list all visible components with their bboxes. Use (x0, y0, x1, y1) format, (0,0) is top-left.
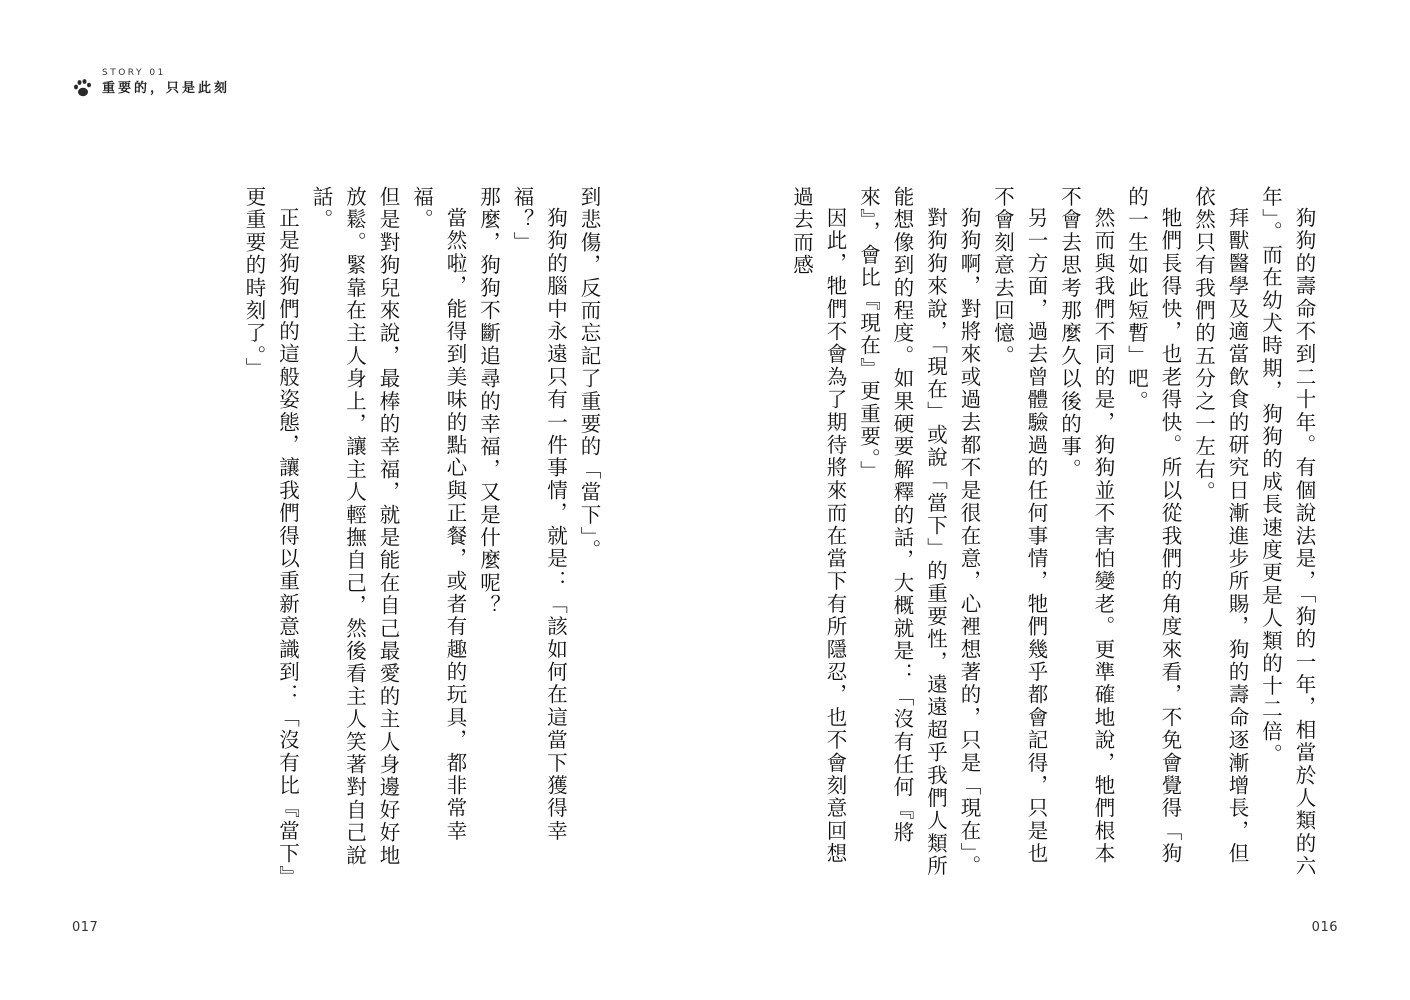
paragraph: 狗狗啊，對將來或過去都不是很在意，心裡想著的，只是「現在」。 (952, 186, 986, 886)
paragraph: 因此，牠們不會為了期待將來而在當下有所隱忍，也不會刻意回想過去而感 (784, 186, 851, 886)
right-page: 狗狗的壽命不到二十年。有個說法是，「狗的一年，相當於人類的六年」。而在幼犬時期，… (705, 0, 1410, 1000)
paragraph: 對狗狗來說，「現在」或說「當下」的重要性，遠遠超乎我們人類所能想像到的程度。如果… (851, 186, 952, 886)
book-spread: STORY 01 重要的，只是此刻 到悲傷，反而忘記了重要的「當下」。 狗狗的腦… (0, 0, 1410, 1000)
story-label: STORY 01 (102, 67, 230, 79)
page-number: 017 (72, 920, 98, 935)
paragraph: 當然啦，能得到美味的點心與正餐，或者有趣的玩具，都非常幸福。 (404, 186, 471, 886)
paragraph: 但是對狗兒來說，最棒的幸福，就是能在自己最愛的主人身邊好好地放鬆。緊靠在主人身上… (304, 186, 405, 886)
right-page-body: 狗狗的壽命不到二十年。有個說法是，「狗的一年，相當於人類的六年」。而在幼犬時期，… (784, 186, 1320, 886)
paragraph: 拜獸醫學及適當飲食的研究日漸進步所賜，狗的壽命逐漸增長，但依然只有我們的五分之一… (1186, 186, 1253, 886)
paragraph: 那麼，狗狗不斷追尋的幸福，又是什麼呢？ (471, 186, 505, 886)
chapter-title: 重要的，只是此刻 (102, 79, 230, 99)
paragraph: 狗狗的腦中永遠只有一件事情，就是：「該如何在這當下獲得幸福？」 (505, 186, 572, 886)
left-page-body: 到悲傷，反而忘記了重要的「當下」。 狗狗的腦中永遠只有一件事情，就是：「該如何在… (237, 186, 606, 886)
paragraph: 然而與我們不同的是，狗狗並不害怕變老。更準確地說，牠們根本不會去思考那麼久以後的… (1052, 186, 1119, 886)
paragraph: 狗狗的壽命不到二十年。有個說法是，「狗的一年，相當於人類的六年」。而在幼犬時期，… (1253, 186, 1320, 886)
page-number: 016 (1312, 920, 1338, 935)
left-page: STORY 01 重要的，只是此刻 到悲傷，反而忘記了重要的「當下」。 狗狗的腦… (0, 0, 705, 1000)
paragraph: 牠們長得快，也老得快。所以從我們的角度來看，不免會覺得「狗的一生如此短暫」吧。 (1119, 186, 1186, 886)
paragraph: 另一方面，過去曾體驗過的任何事情，牠們幾乎都會記得，只是也不會刻意去回憶。 (985, 186, 1052, 886)
paw-icon (70, 76, 94, 100)
running-header: STORY 01 重要的，只是此刻 (70, 66, 230, 100)
paragraph: 正是狗狗們的這般姿態，讓我們得以重新意識到：「沒有比『當下』更重要的時刻了。」 (237, 186, 304, 886)
paragraph: 到悲傷，反而忘記了重要的「當下」。 (572, 186, 606, 886)
